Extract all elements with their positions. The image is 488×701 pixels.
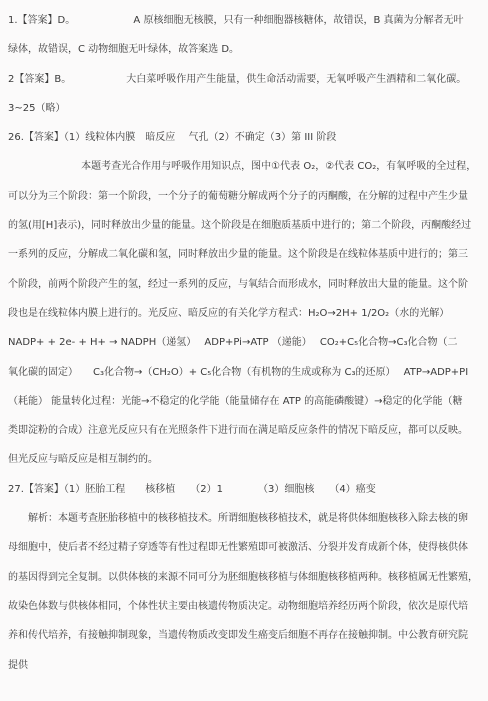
answer-2-line: 2【答案】B。 大白菜呼吸作用产生能量，供生命活动需要，无氧呼吸产生酒精和二氧化… — [8, 65, 480, 94]
answer-26-analysis-line-10: 类即淀粉的合成）注意光反应只有在光照条件下进行而在满足暗反应条件的情况下暗反应，… — [8, 416, 480, 445]
answer-26-analysis-line-11: 但光反应与暗反应是相互制约的。 — [8, 445, 480, 474]
answer-document: 1.【答案】D。 A 原核细胞无核膜，只有一种细胞器核糖体，故错误，B 真菌为分… — [0, 0, 488, 680]
answer-1-line-2: 绿体，故错误，C 动物细胞无叶绿体，故答案选 D。 — [8, 35, 480, 64]
answer-27-analysis-line-5: 养和传代培养，有接触抑制现象，当遗传物质改变即发生癌变后细胞不再存在接触抑制。中… — [8, 621, 480, 650]
answer-27-analysis-line-3: 的基因得到完全复制。以供体核的来源不同可分为胚细胞核移植与体细胞核移植两种。核移… — [8, 563, 480, 592]
answer-27-analysis-line-2: 母细胞中，使后者不经过精子穿透等有性过程即无性繁殖即可被激活、分裂并发育成新个体… — [8, 533, 480, 562]
answer-26-answer-line: 26.【答案】（1）线粒体内膜 暗反应 气孔（2）不确定（3）第 III 阶段 — [8, 123, 480, 152]
answer-26-analysis-line-9: （耗能） 能量转化过程：光能→不稳定的化学能（能量储存在 ATP 的高能磷酸键）… — [8, 387, 480, 416]
answer-27-analysis-line-6: 提供 — [8, 651, 480, 680]
answer-26-analysis-line-4: 一系列的反应，分解成二氧化碳和氢，同时释放出少量的能量。这个阶段是在线粒体基质中… — [8, 240, 480, 269]
answers-3-25-line: 3~25（略） — [8, 94, 480, 123]
answer-26-analysis-line-7: NADP+ + 2e- + H+ → NADPH（递氢） ADP+Pi→ATP … — [8, 328, 480, 357]
answer-1-line-1: 1.【答案】D。 A 原核细胞无核膜，只有一种细胞器核糖体，故错误，B 真菌为分… — [8, 6, 480, 35]
answer-26-analysis-line-2: 可以分为三个阶段：第一个阶段，一个分子的葡萄糖分解成两个分子的丙酮酸，在分解的过… — [8, 182, 480, 211]
answer-27-analysis-line-1: 解析：本题考查胚胎移植中的核移植技术。所谓细胞核移植技术，就是将供体细胞核移入除… — [8, 504, 480, 533]
answer-26-analysis-line-3: 的氢(用[H]表示)，同时释放出少量的能量。这个阶段是在细胞质基质中进行的；第二… — [8, 211, 480, 240]
answer-26-analysis-line-8: 氧化碳的固定） C₃化合物→（CH₂O）+ C₅化合物（有机物的生成或称为 C₃… — [8, 358, 480, 387]
answer-27-analysis-line-4: 故染色体数与供核体相同，个体性状主要由核遗传物质决定。动物细胞培养经历两个阶段，… — [8, 592, 480, 621]
answer-26-analysis-line-5: 个阶段，前两个阶段产生的氢，经过一系列的反应，与氧结合而形成水，同时释放出大量的… — [8, 270, 480, 299]
answer-26-analysis-line-6: 段也是在线粒体内膜上进行的。光反应、暗反应的有关化学方程式：H₂O→2H+ 1/… — [8, 299, 480, 328]
answer-26-analysis-line-1: 本题考查光合作用与呼吸作用知识点，图中①代表 O₂，②代表 CO₂，有氧呼吸的全… — [8, 152, 480, 181]
answer-27-answer-line: 27.【答案】（1）胚胎工程 核移植 （2）1 （3）细胞核 （4）癌变 — [8, 475, 480, 504]
